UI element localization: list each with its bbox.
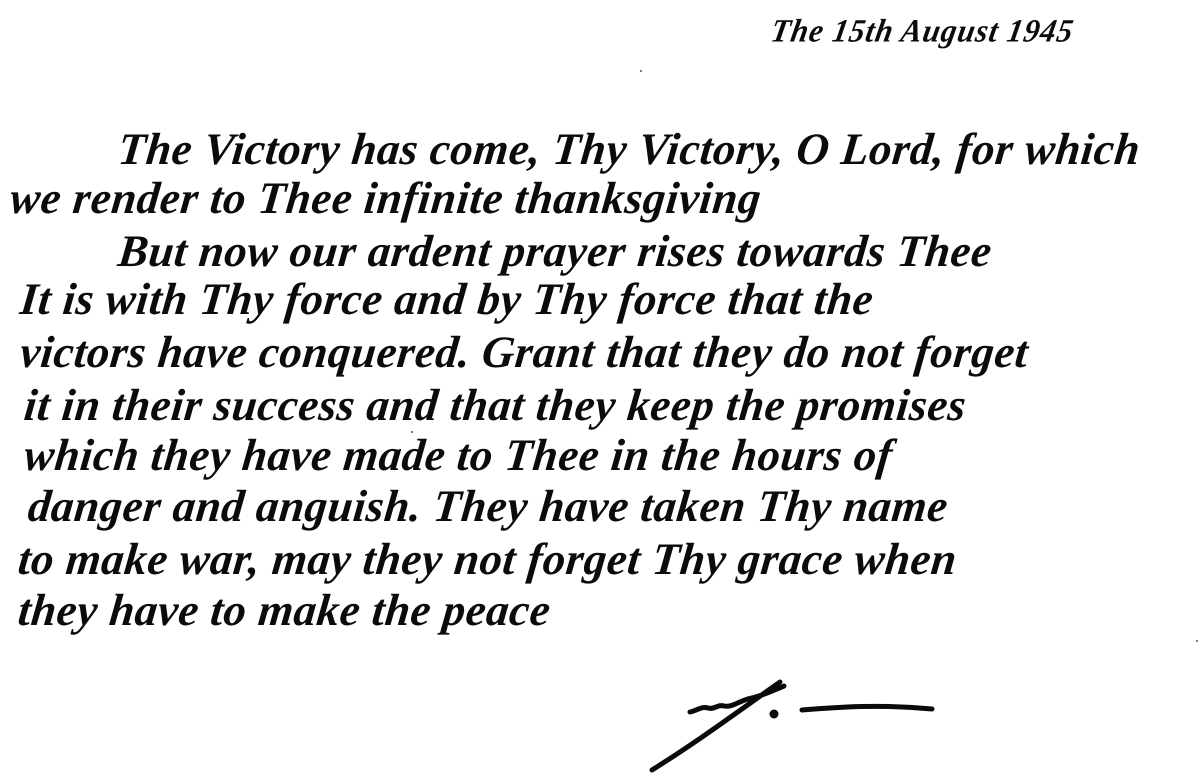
text-line-7: which they have made to Thee in the hour… — [22, 433, 895, 478]
signature-mark-icon — [640, 670, 940, 780]
text-line-1: The Victory has come, Thy Victory, O Lor… — [116, 127, 1143, 172]
text-line-2: we render to Thee infinite thanksgiving — [8, 176, 764, 221]
text-line-3: But now our ardent prayer rises towards … — [116, 229, 994, 274]
paper-speck — [640, 70, 642, 72]
text-line-8: danger and anguish. They have taken Thy … — [26, 484, 950, 529]
paper-speck — [1196, 640, 1198, 642]
date-line: The 15th August 1945 — [768, 12, 1077, 50]
handwritten-letter-page: The 15th August 1945 The Victory has com… — [0, 0, 1204, 784]
text-line-9: to make war, may they not forget Thy gra… — [16, 537, 959, 582]
text-line-6: it in their success and that they keep t… — [22, 383, 969, 428]
text-line-10: they have to make the peace — [16, 588, 553, 633]
signature — [640, 670, 940, 780]
paper-speck — [411, 431, 413, 433]
text-line-4: It is with Thy force and by Thy force th… — [18, 277, 876, 322]
text-line-5: victors have conquered. Grant that they … — [18, 330, 1030, 375]
